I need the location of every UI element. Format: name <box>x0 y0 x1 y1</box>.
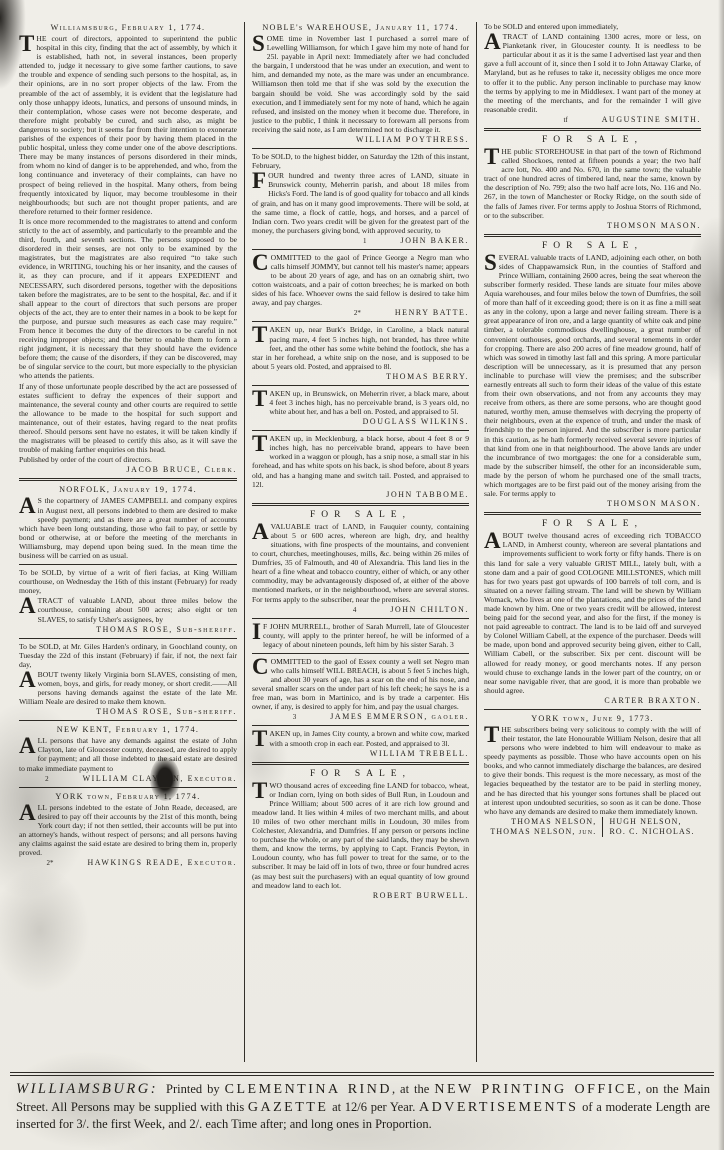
signature-line: DOUGLASS WILKINS. <box>252 417 469 426</box>
article-heading: FOR SALE, <box>484 135 701 145</box>
signature-note: tf <box>563 116 567 124</box>
article-paragraph: THE public STOREHOUSE in that part of th… <box>484 147 701 220</box>
signature-line: WILLIAM POYTHRESS. <box>252 135 469 144</box>
signature-line: THOMSON MASON. <box>484 221 701 230</box>
drop-cap: T <box>252 325 269 344</box>
drop-cap: A <box>19 670 38 689</box>
article: To be SOLD, to the highest bidder, on Sa… <box>252 148 469 245</box>
article: TAKEN up, near Burk's Bridge, in Carolin… <box>252 321 469 380</box>
signature-line: tfAUGUSTINE SMITH. <box>484 115 701 124</box>
article: YORK town, June 9, 1773.THE subscribers … <box>484 709 701 837</box>
signature-name: THOMAS ROSE, Sub-sheriff. <box>96 707 237 716</box>
imprint-segment: WILLIAMSBURG: <box>16 1081 166 1097</box>
article: FOR SALE,ABOUT twelve thousand acres of … <box>484 512 701 705</box>
imprint-segment: CLEMENTINA RIND <box>225 1082 392 1097</box>
article-dateline: NEW KENT, February 1, 1774. <box>19 725 237 734</box>
article-dateline: NORFOLK, January 19, 1774. <box>19 485 237 494</box>
drop-cap: A <box>19 596 38 615</box>
article-paragraph: ATRACT of LAND containing 1300 acres, mo… <box>484 32 701 114</box>
drop-cap: T <box>484 725 501 744</box>
signer-name: THOMAS NELSON, jun. <box>490 827 596 837</box>
signers-block: THOMAS NELSON,THOMAS NELSON, jun.HUGH NE… <box>484 817 701 837</box>
signature-name: WILLIAM POYTHRESS. <box>356 135 469 144</box>
drop-cap: I <box>252 622 263 641</box>
signature-note: 4 <box>353 606 357 614</box>
article: NOBLE's WAREHOUSE, January 11, 1774.SOME… <box>252 23 469 144</box>
article-paragraph: COMMITTED to the gaol of Prince George a… <box>252 253 469 308</box>
drop-cap: T <box>252 729 269 748</box>
drop-cap: T <box>252 389 269 408</box>
column-container: Williamsburg, February 1, 1774.THE court… <box>12 22 712 1062</box>
article: TAKEN up, in Brunswick, on Meherrin rive… <box>252 385 469 426</box>
article-paragraph: AS the copartnery of JAMES CAMPBELL and … <box>19 496 237 560</box>
page-edge-shadow <box>718 0 724 1150</box>
drop-cap: A <box>19 803 38 822</box>
signature-name: JACOB BRUCE, Clerk. <box>126 465 237 474</box>
drop-cap: T <box>252 781 269 800</box>
signature-note: 2* <box>354 309 361 317</box>
article-paragraph: TAKEN up, in Mecklenburg, a black horse,… <box>252 434 469 489</box>
article-paragraph: ALL persons indebted to the estate of Jo… <box>19 803 237 858</box>
imprint-segment: NEW PRINTING OFFICE <box>434 1082 637 1097</box>
imprint-segment: at 12/6 per Year. <box>328 1100 419 1114</box>
signature-name: AUGUSTINE SMITH. <box>602 115 701 124</box>
signature-line: THOMSON MASON. <box>484 499 701 508</box>
article-heading: FOR SALE, <box>484 519 701 529</box>
signature-line: THOMAS ROSE, Sub-sheriff. <box>19 707 237 716</box>
article-paragraph: TWO thousand acres of exceeding fine LAN… <box>252 781 469 890</box>
article: To be SOLD, by virtue of a writ of fieri… <box>19 564 237 634</box>
signature-name: CARTER BRAXTON. <box>604 696 701 705</box>
signature-note: 2 <box>45 775 49 783</box>
signature-name: DOUGLASS WILKINS. <box>363 417 469 426</box>
signature-name: ROBERT BURWELL. <box>373 891 469 900</box>
imprint-text: WILLIAMSBURG: Printed by CLEMENTINA RIND… <box>10 1081 714 1133</box>
drop-cap: F <box>252 171 268 190</box>
article-intro: To be SOLD, by virtue of a writ of fieri… <box>19 568 237 595</box>
article-paragraph: Published by order of the court of direc… <box>19 455 237 464</box>
signature-line: 2WILLIAM CLAYTON, Executor. <box>19 774 237 783</box>
signature-name: WILLIAM CLAYTON, Executor. <box>83 774 237 783</box>
signature-line: CARTER BRAXTON. <box>484 696 701 705</box>
article-paragraph: If any of those unfortunate people descr… <box>19 382 237 455</box>
article-paragraph: THE court of directors, appointed to sup… <box>19 34 237 216</box>
article-heading: FOR SALE, <box>252 769 469 779</box>
signer-name: HUGH NELSON, <box>609 817 694 827</box>
signature-name: THOMSON MASON. <box>607 499 701 508</box>
drop-cap: C <box>252 253 271 272</box>
drop-cap: T <box>484 147 501 166</box>
imprint-segment: , at the <box>392 1082 434 1096</box>
signature-line: 2*HAWKINGS READE, Executor. <box>19 858 237 867</box>
article: TAKEN up, in James City county, a brown … <box>252 725 469 757</box>
newspaper-page: Williamsburg, February 1, 1774.THE court… <box>0 0 724 1150</box>
article-intro: To be SOLD and entered upon immediately, <box>484 22 701 31</box>
article: NEW KENT, February 1, 1774.ALL persons t… <box>19 720 237 782</box>
article-paragraph: ABOUT twenty likely Virginia born SLAVES… <box>19 670 237 706</box>
article: YORK town, February 1, 1774.ALL persons … <box>19 787 237 868</box>
article: FOR SALE,SEVERAL valuable tracts of LAND… <box>484 234 701 509</box>
article-paragraph: ABOUT twelve thousand acres of exceeding… <box>484 531 701 695</box>
article: IF JOHN MURRELL, brother of Sarah Murrel… <box>252 618 469 649</box>
article-heading: FOR SALE, <box>252 510 469 520</box>
signature-name: JAMES EMMERSON, gaoler. <box>330 712 469 721</box>
article: TAKEN up, in Mecklenburg, a black horse,… <box>252 430 469 499</box>
article-dateline: NOBLE's WAREHOUSE, January 11, 1774. <box>252 23 469 32</box>
article: COMMITTED to the gaol of Essex county a … <box>252 653 469 722</box>
article-intro: To be SOLD, to the highest bidder, on Sa… <box>252 152 469 170</box>
column-2: NOBLE's WAREHOUSE, January 11, 1774.SOME… <box>244 22 476 1062</box>
signature-name: WILLIAM TREBELL. <box>370 749 469 758</box>
article-paragraph: COMMITTED to the gaol of Essex county a … <box>252 657 469 712</box>
article: FOR SALE,AVALUABLE tract of LAND, in Fau… <box>252 503 469 614</box>
signature-line: WILLIAM TREBELL. <box>252 749 469 758</box>
drop-cap: A <box>252 522 271 541</box>
article-paragraph: ALL persons that have any demands agains… <box>19 736 237 772</box>
signature-name: JOHN TABBOME. <box>386 490 469 499</box>
drop-cap: S <box>252 34 267 53</box>
signer-name: THOMAS NELSON, <box>490 817 596 827</box>
drop-cap: C <box>252 657 271 676</box>
drop-cap: A <box>19 736 38 755</box>
article-paragraph: It is once more recommended to the magis… <box>19 217 237 381</box>
article-paragraph: FOUR hundred and twenty three acres of L… <box>252 171 469 235</box>
article-dateline: Williamsburg, February 1, 1774. <box>19 23 237 32</box>
imprint-segment: GAZETTE <box>248 1100 328 1115</box>
drop-cap: T <box>19 34 36 53</box>
article-paragraph: AVALUABLE tract of LAND, in Fauquier cou… <box>252 522 469 604</box>
article: Williamsburg, February 1, 1774.THE court… <box>19 23 237 474</box>
signature-line: 4JOHN CHILTON. <box>252 605 469 614</box>
signature-line: 3JAMES EMMERSON, gaoler. <box>252 712 469 721</box>
article: COMMITTED to the gaol of Prince George a… <box>252 249 469 318</box>
article-paragraph: SOME time in November last I purchased a… <box>252 34 469 134</box>
article: NORFOLK, January 19, 1774.AS the copartn… <box>19 478 237 560</box>
signature-line: 1JOHN BAKER. <box>252 236 469 245</box>
signature-line: JACOB BRUCE, Clerk. <box>19 465 237 474</box>
signature-name: THOMSON MASON. <box>607 221 701 230</box>
article-paragraph: SEVERAL valuable tracts of LAND, adjoini… <box>484 253 701 499</box>
imprint-footer: WILLIAMSBURG: Printed by CLEMENTINA RIND… <box>10 1072 714 1133</box>
signer-name: RO. C. NICHOLAS. <box>609 827 694 837</box>
article: FOR SALE,THE public STOREHOUSE in that p… <box>484 128 701 230</box>
article-paragraph: ATRACT of valuable LAND, about three mil… <box>19 596 237 623</box>
article-heading: FOR SALE, <box>484 241 701 251</box>
article-paragraph: THE subscribers being very solicitous to… <box>484 725 701 816</box>
signature-line: THOMAS ROSE, Sub-sheriff. <box>19 625 237 634</box>
signature-note: 2* <box>46 859 53 867</box>
article-paragraph: TAKEN up, in James City county, a brown … <box>252 729 469 747</box>
signature-note: 1 <box>363 237 367 245</box>
article-dateline: YORK town, June 9, 1773. <box>484 714 701 723</box>
imprint-segment: Printed by <box>166 1082 225 1096</box>
signature-line: 2*HENRY BATTE. <box>252 308 469 317</box>
signature-name: JOHN BAKER. <box>401 236 469 245</box>
article-dateline: YORK town, February 1, 1774. <box>19 792 237 801</box>
article: To be SOLD, at Mr. Giles Harden's ordina… <box>19 638 237 717</box>
article-paragraph: IF JOHN MURRELL, brother of Sarah Murrel… <box>252 622 469 649</box>
signature-name: HENRY BATTE. <box>395 308 469 317</box>
column-3: To be SOLD and entered upon immediately,… <box>476 22 708 1062</box>
article-intro: To be SOLD, at Mr. Giles Harden's ordina… <box>19 642 237 669</box>
signature-name: JOHN CHILTON. <box>390 605 469 614</box>
drop-cap: T <box>252 434 269 453</box>
column-1: Williamsburg, February 1, 1774.THE court… <box>12 22 244 1062</box>
imprint-segment: ADVERTISEMENTS <box>419 1100 578 1115</box>
signature-name: THOMAS ROSE, Sub-sheriff. <box>96 625 237 634</box>
signature-line: JOHN TABBOME. <box>252 490 469 499</box>
drop-cap: A <box>484 32 503 51</box>
signature-line: THOMAS BERRY. <box>252 372 469 381</box>
article-paragraph: TAKEN up, in Brunswick, on Meherrin rive… <box>252 389 469 416</box>
article: To be SOLD and entered upon immediately,… <box>484 22 701 124</box>
article-paragraph: TAKEN up, near Burk's Bridge, in Carolin… <box>252 325 469 370</box>
signature-line: ROBERT BURWELL. <box>252 891 469 900</box>
signature-note: 3 <box>293 713 297 721</box>
drop-cap: A <box>19 496 38 515</box>
article: FOR SALE,TWO thousand acres of exceeding… <box>252 762 469 900</box>
drop-cap: A <box>484 531 503 550</box>
signature-name: THOMAS BERRY. <box>386 372 469 381</box>
drop-cap: S <box>484 253 499 272</box>
signature-name: HAWKINGS READE, Executor. <box>87 858 237 867</box>
